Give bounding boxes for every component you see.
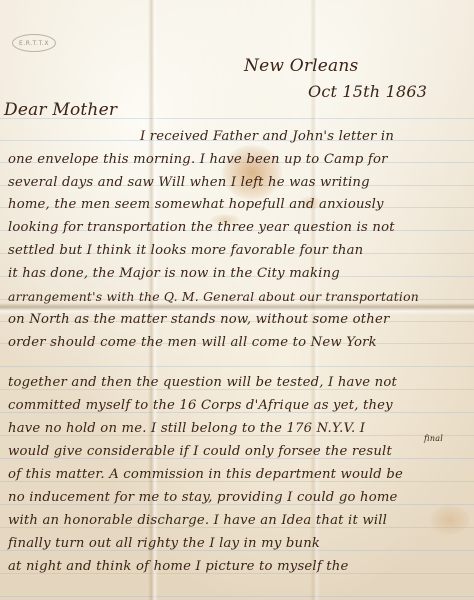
letter-line: of this matter. A commission in this dep… [8, 467, 403, 482]
letter-place: New Orleans [244, 56, 358, 76]
ruled-line [0, 366, 474, 367]
letter-line: one envelope this morning. I have been u… [8, 152, 388, 167]
letter-line: it has done, the Major is now in the Cit… [8, 266, 340, 281]
water-stain [430, 505, 470, 535]
letter-line: several days and saw Will when I left he… [8, 175, 370, 190]
letter-line: order should come the men will all come … [8, 335, 377, 350]
letter-line: with an honorable discharge. I have an I… [8, 513, 387, 528]
letter-salutation: Dear Mother [4, 100, 117, 120]
letter-line: at night and think of home I picture to … [8, 559, 349, 574]
embossed-stamp: E.R.T.T.X [12, 34, 56, 52]
letter-date: Oct 15th 1863 [308, 82, 427, 101]
ruled-line [0, 596, 474, 597]
letter-line: home, the men seem somewhat hopefull and… [8, 197, 384, 212]
letter-line: would give considerable if I could only … [8, 444, 392, 459]
letter-line: I received Father and John's letter in [140, 129, 394, 144]
letter-line: on North as the matter stands now, witho… [8, 312, 390, 327]
letter-line: finally turn out all righty the I lay in… [8, 536, 320, 551]
letter-line: settled but I think it looks more favora… [8, 243, 363, 258]
letter-line: looking for transportation the three yea… [8, 220, 395, 235]
letter-insertion: final [424, 434, 443, 443]
letter-line: arrangement's with the Q. M. General abo… [8, 289, 419, 304]
letter-line: have no hold on me. I still belong to th… [8, 421, 365, 436]
letter-line: together and then the question will be t… [8, 375, 397, 390]
letter-line: committed myself to the 16 Corps d'Afriq… [8, 398, 393, 413]
letter-line: no inducement for me to stay, providing … [8, 490, 398, 505]
letter-page: E.R.T.T.X New Orleans Oct 15th 1863 Dear… [0, 0, 474, 600]
